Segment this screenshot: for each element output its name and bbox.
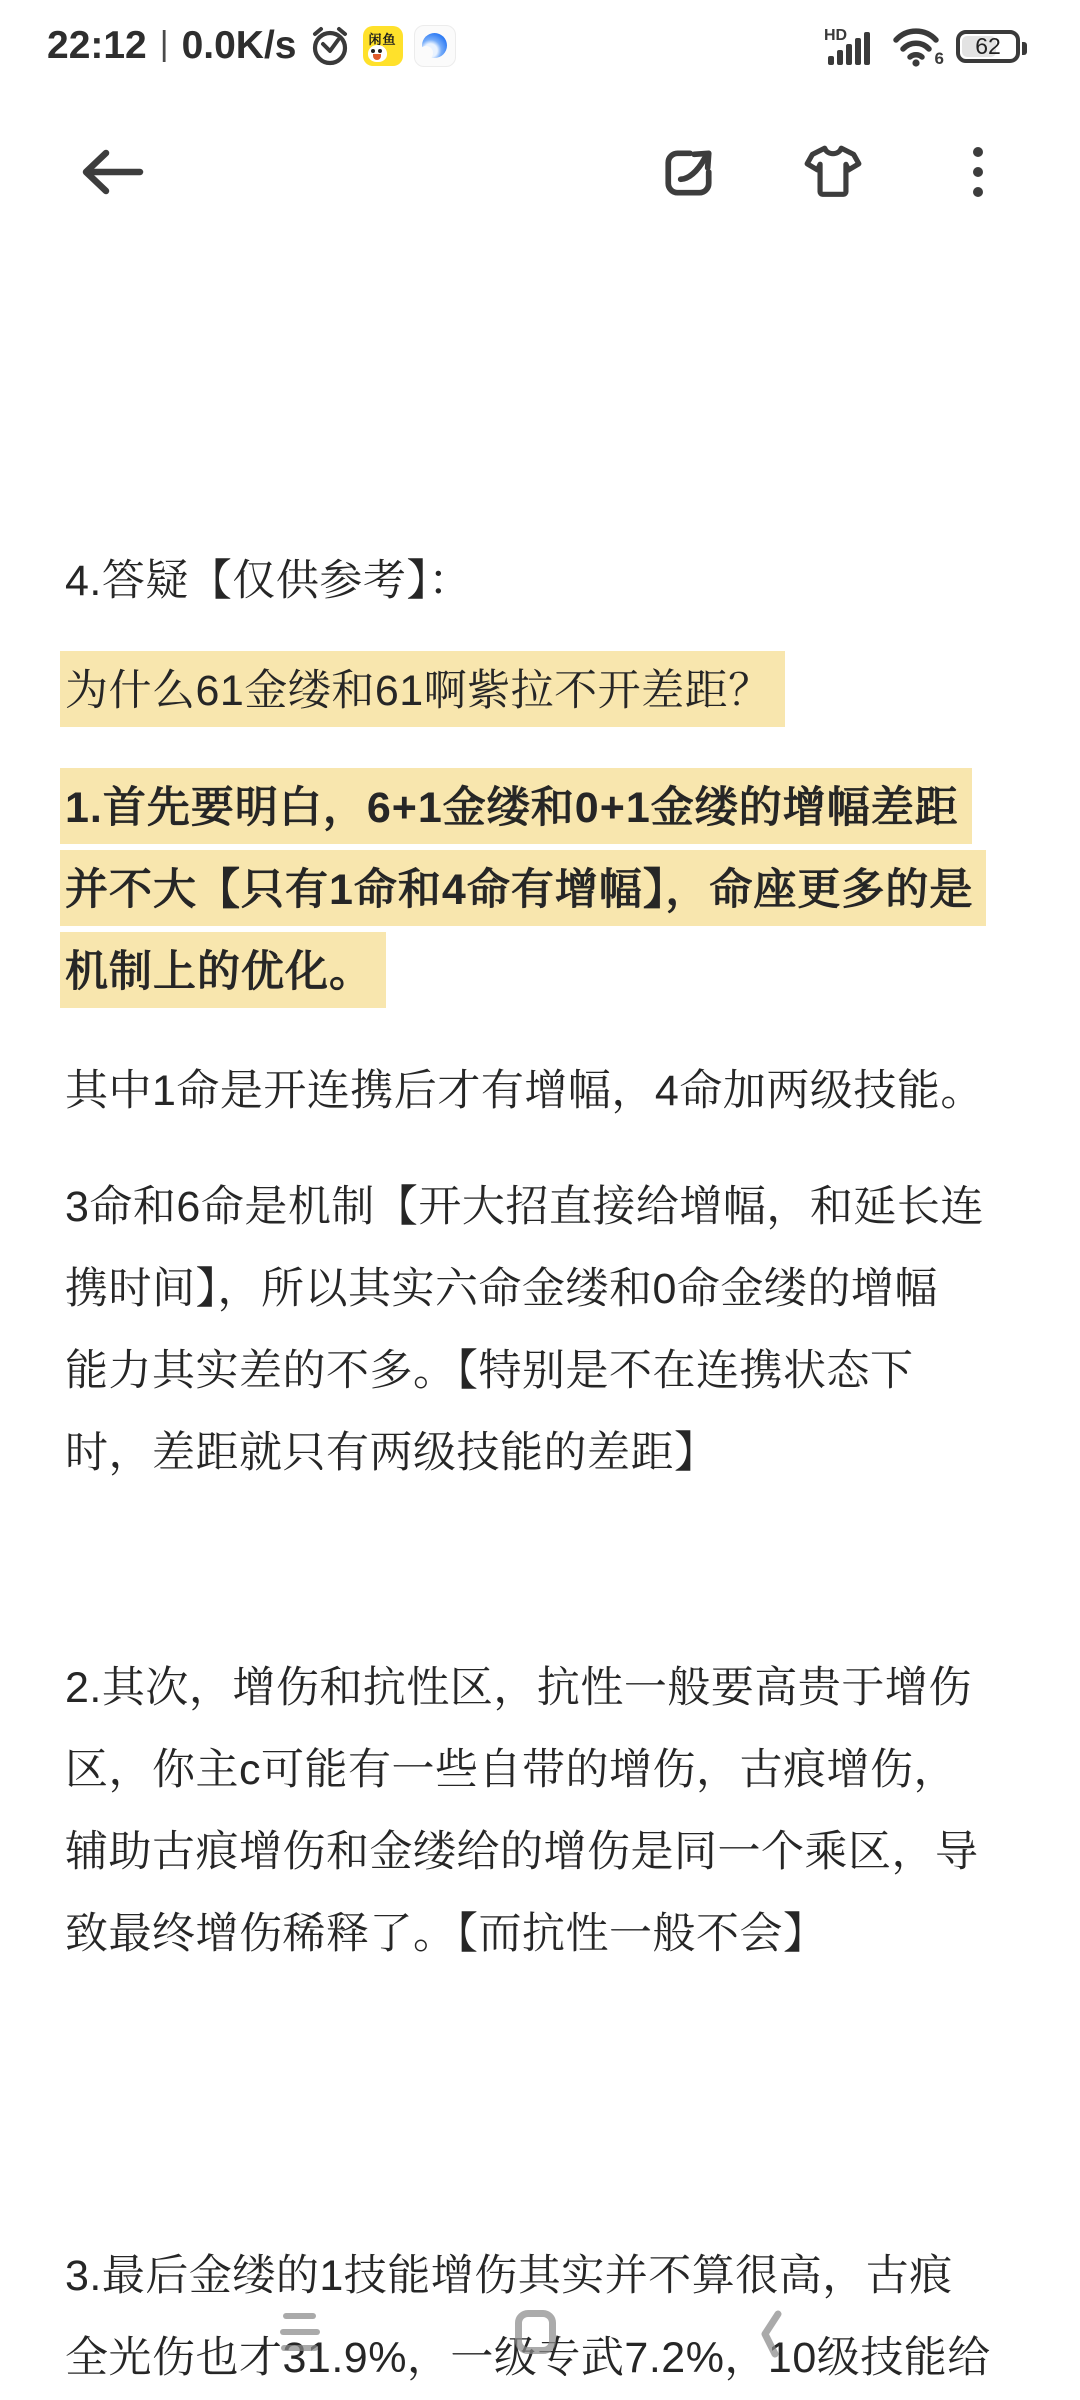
body-line: 区，你主c可能有一些自带的增伤，古痕增伤， bbox=[65, 1725, 1080, 1807]
answer-bold-line: 机制上的优化。 bbox=[65, 929, 1080, 1011]
body-line: 辅助古痕增伤和金缕给的增伤是同一个乘区，导 bbox=[65, 1807, 1080, 1889]
back-nav-icon[interactable] bbox=[757, 2308, 785, 2360]
screen: { "status_bar": { "time": "22:12", "divi… bbox=[0, 0, 1080, 2400]
body-line: 全光伤也才31.9%，一级专武7.2%，10级技能给 bbox=[65, 2313, 1080, 2395]
answer-bold-line: 并不大【只有1命和4命有增幅】，命座更多的是 bbox=[65, 847, 1080, 929]
body-line: 其中1命是开连携后才有增幅，4命加两级技能。 bbox=[65, 1046, 1080, 1128]
body-line: 时，差距就只有两级技能的差距】 bbox=[65, 1408, 1080, 1490]
body-line: 3命和6命是机制【开大招直接给增幅，和延长连 bbox=[65, 1162, 1080, 1244]
article-image-view[interactable]: 4.答疑【仅供参考】： 为什么61金缕和61啊紫拉不开差距？ 1.首先要明白，6… bbox=[0, 0, 1080, 2400]
body-line: 携时间】，所以其实六命金缕和0命金缕的增幅 bbox=[65, 1244, 1080, 1326]
question-highlight-line: 为什么61金缕和61啊紫拉不开差距？ bbox=[65, 648, 1080, 730]
body-line: 3.最后金缕的1技能增伤其实并不算很高，古痕 bbox=[65, 2231, 1080, 2313]
recents-nav-icon[interactable] bbox=[280, 2313, 320, 2351]
body-line: 能力其实差的不多。【特别是不在连携状态下 bbox=[65, 1326, 1080, 1408]
home-nav-icon[interactable] bbox=[515, 2310, 556, 2354]
body-line: 致最终增伤稀释了。【而抗性一般不会】 bbox=[65, 1889, 1080, 1971]
body-line: 2.其次，增伤和抗性区，抗性一般要高贵于增伤 bbox=[65, 1643, 1080, 1725]
answer-bold-line: 1.首先要明白，6+1金缕和0+1金缕的增幅差距 bbox=[65, 765, 1080, 847]
section-heading: 4.答疑【仅供参考】： bbox=[65, 536, 1080, 618]
